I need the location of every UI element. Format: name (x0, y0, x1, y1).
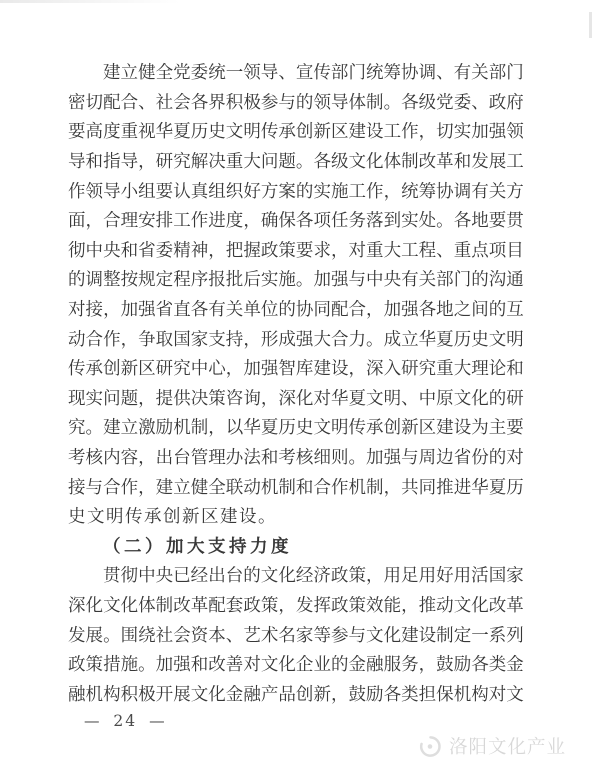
text-line: 面，合理安排工作进度，确保各项任务落到实处。各地要贯 (68, 205, 524, 235)
text-line: 发展。围绕社会资本、艺术名家等参与文化建设制定一系列 (68, 619, 524, 649)
text-line: 考核内容，出台管理办法和考核细则。加强与周边省份的对 (68, 442, 524, 472)
text-line: 作领导小组要认真组织好方案的实施工作，统筹协调有关方 (68, 175, 524, 205)
section-heading: （二）加大支持力度 (68, 531, 524, 561)
text-line: 要高度重视华夏历史文明传承创新区建设工作，切实加强领 (68, 116, 524, 146)
text-line: 建立健全党委统一领导、宣传部门统筹协调、有关部门 (68, 57, 524, 87)
watermark: 洛阳文化产业 (418, 733, 566, 759)
media-account-logo-icon (418, 734, 443, 759)
text-line: 政策措施。加强和改善对文化企业的金融服务，鼓励各类金 (68, 649, 524, 679)
text-line: 传承创新区研究中心，加强智库建设，深入研究重大理论和 (68, 353, 524, 383)
text-line: 现实问题，提供决策咨询，深化对华夏文明、中原文化的研 (68, 383, 524, 413)
text-line: 密切配合、社会各界积极参与的领导体制。各级党委、政府 (68, 87, 524, 117)
text-line: 深化文化体制改革配套政策，发挥政策效能，推动文化改革 (68, 590, 524, 620)
text-line: 究。建立激励机制，以华夏历史文明传承创新区建设为主要 (68, 412, 524, 442)
text-line: 的调整按规定程序报批后实施。加强与中央有关部门的沟通 (68, 264, 524, 294)
text-line: 接与合作，建立健全联动机制和合作机制，共同推进华夏历 (68, 471, 524, 501)
text-line: 史文明传承创新区建设。 (68, 501, 524, 531)
text-block: 建立健全党委统一领导、宣传部门统筹协调、有关部门密切配合、社会各界积极参与的领导… (68, 57, 524, 708)
text-line: 融机构积极开展文化金融产品创新，鼓励各类担保机构对文 (68, 678, 524, 708)
text-line: 动合作，争取国家支持，形成强大合力。成立华夏历史文明 (68, 323, 524, 353)
text-line: 贯彻中央已经出台的文化经济政策，用足用好用活国家 (68, 560, 524, 590)
page-number: — 24 — (84, 712, 167, 730)
watermark-label: 洛阳文化产业 (449, 733, 566, 759)
text-line: 导和指导，研究解决重大问题。各级文化体制改革和发展工 (68, 146, 524, 176)
document-page: 建立健全党委统一领导、宣传部门统筹协调、有关部门密切配合、社会各界积极参与的领导… (0, 0, 592, 771)
text-line: 对接，加强省直各有关单位的协同配合，加强各地之间的互 (68, 294, 524, 324)
text-line: 彻中央和省委精神，把握政策要求，对重大工程、重点项目 (68, 235, 524, 265)
